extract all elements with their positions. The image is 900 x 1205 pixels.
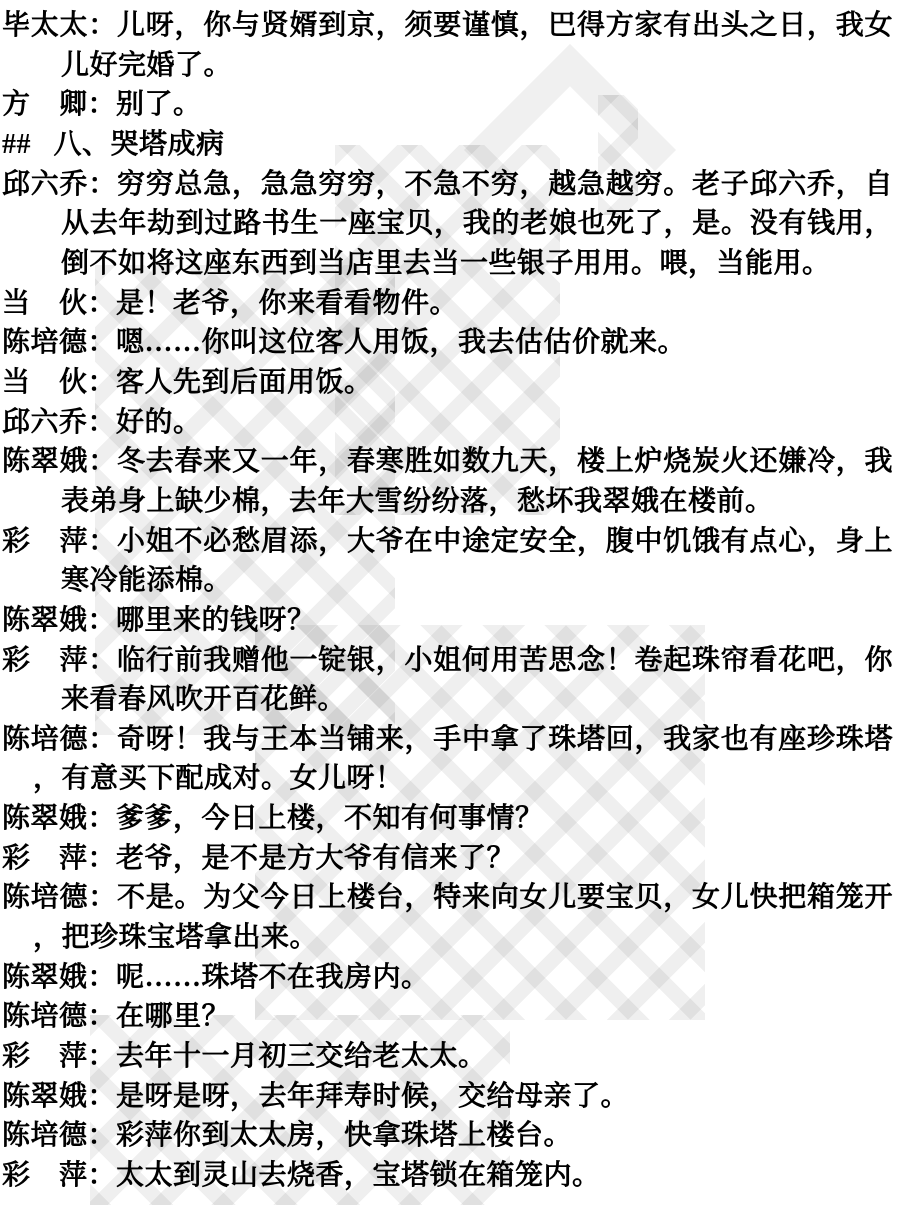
script-line: ，有意买下配成对。女儿呀！ bbox=[2, 759, 893, 799]
script-line: 陈翠娥：哪里来的钱呀？ bbox=[2, 601, 893, 641]
script-line: 陈培德：奇呀！我与王本当铺来，手中拿了珠塔回，我家也有座珍珠塔 bbox=[2, 720, 893, 760]
script-line: 陈翠娥：爹爹，今日上楼，不知有何事情？ bbox=[2, 799, 893, 839]
script-line: 陈培德：彩萍你到太太房，快拿珠塔上楼台。 bbox=[2, 1116, 893, 1156]
script-line: 彩 萍：老爷，是不是方大爷有信来了？ bbox=[2, 839, 893, 879]
script-line: 陈翠娥：是呀是呀，去年拜寿时候，交给母亲了。 bbox=[2, 1077, 893, 1117]
script-line: 方 卿：别了。 bbox=[2, 85, 893, 125]
script-content: 毕太太：儿呀，你与贤婿到京，须要谨慎，巴得方家有出头之日，我女儿好完婚了。方 卿… bbox=[2, 6, 893, 1196]
section-heading: ## 八、哭塔成病 bbox=[2, 125, 893, 165]
script-line: 陈翠娥：冬去春来又一年，春寒胜如数九天，楼上炉烧炭火还嫌冷，我 bbox=[2, 442, 893, 482]
script-line: 来看春风吹开百花鲜。 bbox=[2, 680, 893, 720]
script-line: 邱六乔：好的。 bbox=[2, 403, 893, 443]
script-line: 彩 萍：去年十一月初三交给老太太。 bbox=[2, 1037, 893, 1077]
script-line: 当 伙：客人先到后面用饭。 bbox=[2, 363, 893, 403]
script-line: 表弟身上缺少棉，去年大雪纷纷落，愁坏我翠娥在楼前。 bbox=[2, 482, 893, 522]
script-line: 寒冷能添棉。 bbox=[2, 561, 893, 601]
script-line: 陈培德：嗯……你叫这位客人用饭，我去估估价就来。 bbox=[2, 323, 893, 363]
script-line: ，把珍珠宝塔拿出来。 bbox=[2, 918, 893, 958]
script-line: 倒不如将这座东西到当店里去当一些银子用用。喂，当能用。 bbox=[2, 244, 893, 284]
script-line: 陈翠娥：呢……珠塔不在我房内。 bbox=[2, 958, 893, 998]
script-line: 彩 萍：临行前我赠他一锭银，小姐何用苦思念！卷起珠帘看花吧，你 bbox=[2, 641, 893, 681]
script-page: 毕太太：儿呀，你与贤婿到京，须要谨慎，巴得方家有出头之日，我女儿好完婚了。方 卿… bbox=[0, 0, 900, 1205]
script-line: 邱六乔：穷穷总急，急急穷穷，不急不穷，越急越穷。老子邱六乔，自 bbox=[2, 165, 893, 205]
script-line: 从去年劫到过路书生一座宝贝，我的老娘也死了，是。没有钱用， bbox=[2, 204, 893, 244]
script-line: 儿好完婚了。 bbox=[2, 46, 893, 86]
script-line: 当 伙：是！老爷，你来看看物件。 bbox=[2, 284, 893, 324]
script-line: 彩 萍：太太到灵山去烧香，宝塔锁在箱笼内。 bbox=[2, 1156, 893, 1196]
script-line: 彩 萍：小姐不必愁眉添，大爷在中途定安全，腹中饥饿有点心，身上 bbox=[2, 522, 893, 562]
script-line: 陈培德：不是。为父今日上楼台，特来向女儿要宝贝，女儿快把箱笼开 bbox=[2, 878, 893, 918]
script-line: 陈培德：在哪里？ bbox=[2, 997, 893, 1037]
script-line: 毕太太：儿呀，你与贤婿到京，须要谨慎，巴得方家有出头之日，我女 bbox=[2, 6, 893, 46]
